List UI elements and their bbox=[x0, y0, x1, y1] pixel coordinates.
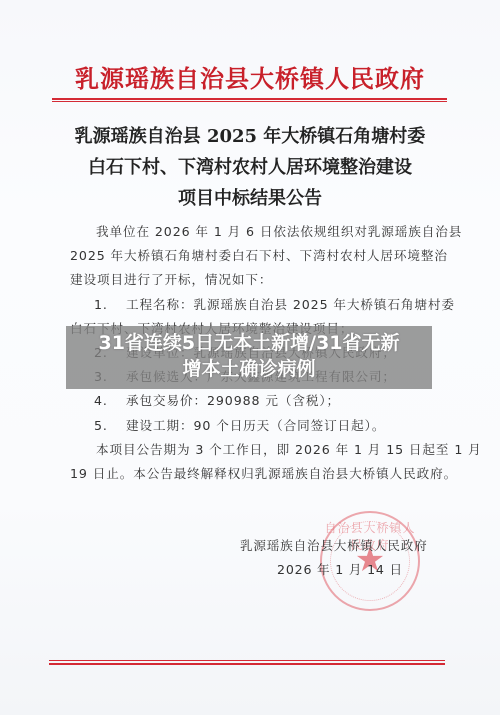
title-line: 乳源瑶族自治县 2025 年大桥镇石角塘村委 bbox=[0, 121, 500, 152]
intro-line: 建设项目进行了开标，情况如下： bbox=[70, 268, 438, 292]
closing-line: 本项目公告期为 3 个工作日，即 2026 年 1 月 15 日起至 1 月 bbox=[70, 438, 438, 462]
headline-line: 31省连续5日无本土新增/31省无新 bbox=[66, 330, 432, 356]
signature-date: 2026 年 1 月 14 日 bbox=[240, 558, 428, 582]
list-item: 4.承包交易价：290988 元（含税）； bbox=[70, 389, 438, 413]
document-title: 乳源瑶族自治县 2025 年大桥镇石角塘村委 白石下村、下湾村农村人居环境整治建… bbox=[0, 121, 500, 214]
title-line: 白石下村、下湾村农村人居环境整治建设 bbox=[0, 152, 500, 183]
signature-issuer: 乳源瑶族自治县大桥镇人民政府 bbox=[240, 534, 428, 558]
item-number: 1. bbox=[94, 293, 126, 317]
item-number: 4. bbox=[94, 389, 126, 413]
item-text: 建设工期：90 个日历天（合同签订日起）。 bbox=[126, 418, 385, 433]
intro-line: 我单位在 2026 年 1 月 6 日依法依规组织对乳源瑶族自治县 bbox=[70, 220, 438, 244]
issuer-header: 乳源瑶族自治县大桥镇人民政府 bbox=[0, 64, 500, 94]
item-number: 5. bbox=[94, 414, 126, 438]
document-page: 乳源瑶族自治县大桥镇人民政府 乳源瑶族自治县 2025 年大桥镇石角塘村委 白石… bbox=[0, 0, 500, 715]
title-line: 项目中标结果公告 bbox=[0, 183, 500, 214]
closing-line: 19 日止。本公告最终解释权归乳源瑶族自治县大桥镇人民政府。 bbox=[70, 462, 438, 486]
item-text: 工程名称：乳源瑶族自治县 2025 年大桥镇石角塘村委 bbox=[126, 297, 455, 312]
signature-block: 乳源瑶族自治县大桥镇人民政府 2026 年 1 月 14 日 bbox=[240, 534, 428, 582]
list-item: 1.工程名称：乳源瑶族自治县 2025 年大桥镇石角塘村委 bbox=[70, 293, 438, 317]
headline-overlay-title: 31省连续5日无本土新增/31省无新 增本土确诊病例 bbox=[66, 330, 432, 382]
headline-line: 增本土确诊病例 bbox=[66, 356, 432, 382]
footer-red-rule bbox=[49, 660, 445, 665]
list-item: 5.建设工期：90 个日历天（合同签订日起）。 bbox=[70, 414, 438, 438]
header-red-rule bbox=[52, 98, 447, 102]
item-text: 承包交易价：290988 元（含税）； bbox=[126, 393, 340, 408]
intro-line: 2025 年大桥镇石角塘村委白石下村、下湾村农村人居环境整治 bbox=[70, 244, 438, 268]
